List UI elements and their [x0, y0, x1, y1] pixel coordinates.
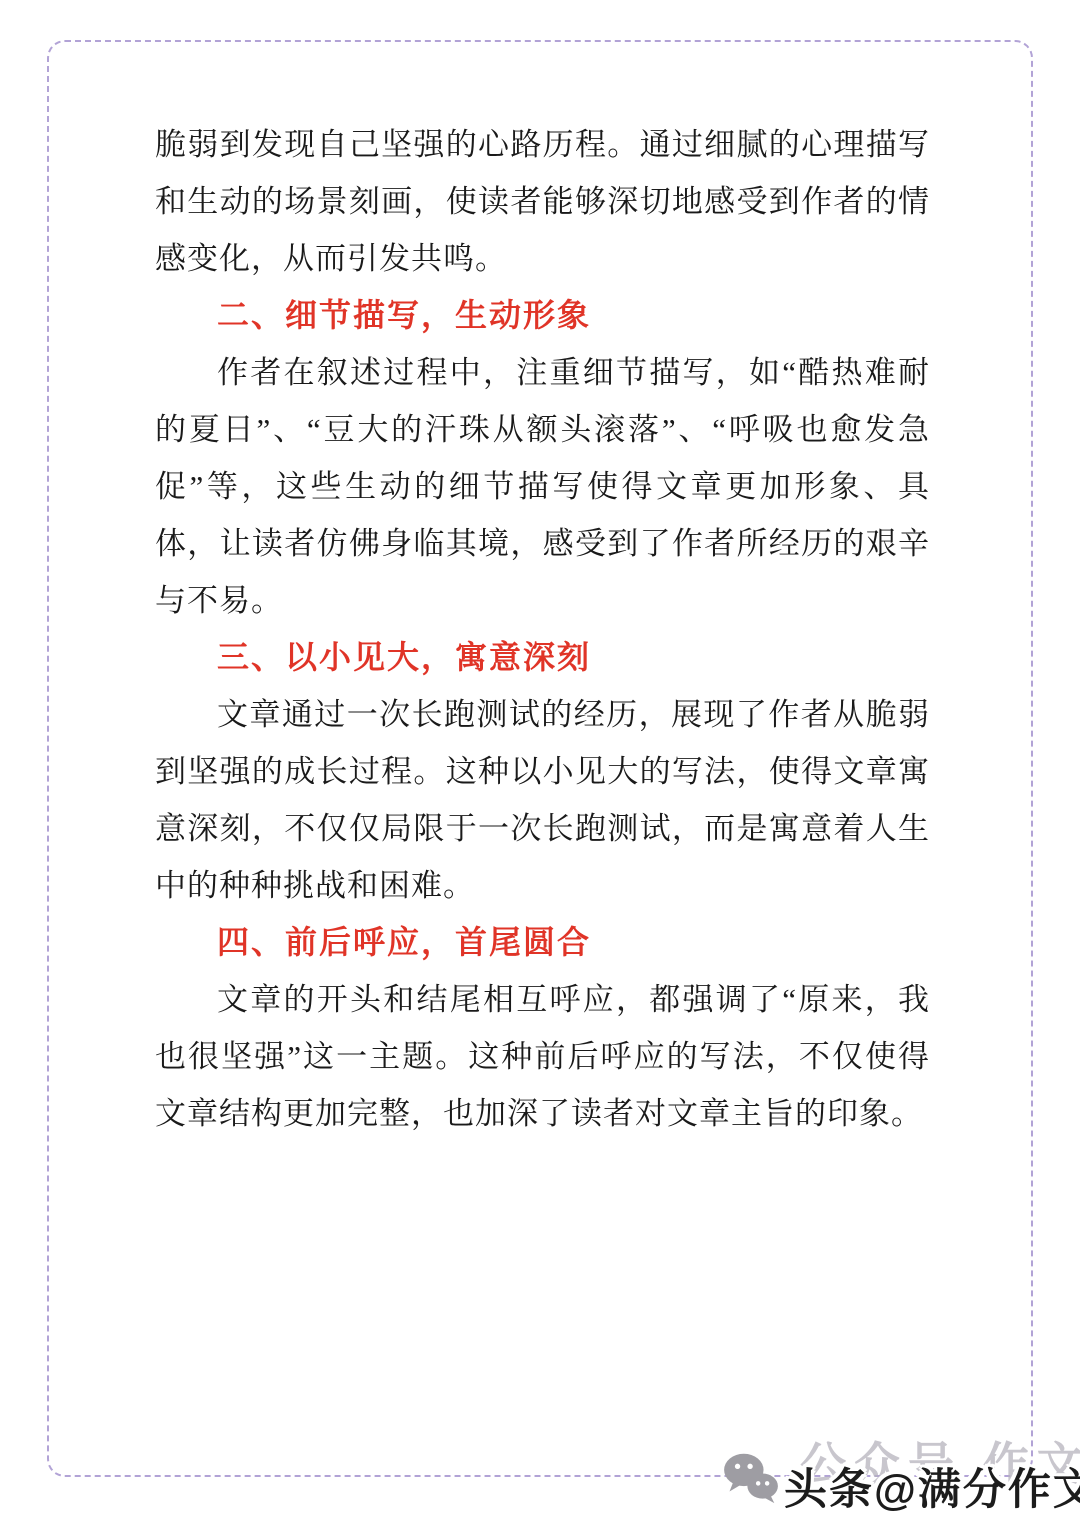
watermark-main-text: 头条@满分作文训练营 [784, 1456, 1080, 1517]
document-body: 脆弱到发现自己坚强的心路历程。通过细腻的心理描写和生动的场景刻画，使读者能够深切… [155, 116, 930, 1142]
section-heading-4: 四、前后呼应，首尾圆合 [155, 914, 930, 971]
section-heading-2: 二、细节描写，生动形象 [155, 287, 930, 344]
section-body-2: 作者在叙述过程中，注重细节描写，如“酷热难耐的夏日”、“豆大的汗珠从额头滚落”、… [155, 344, 930, 629]
wechat-icon [722, 1452, 780, 1504]
section-heading-3: 三、以小见大，寓意深刻 [155, 629, 930, 686]
section-body-3: 文章通过一次长跑测试的经历，展现了作者从脆弱到坚强的成长过程。这种以小见大的写法… [155, 686, 930, 914]
watermark: 公众号 作文易满分 头条@满分作文训练营 [0, 1420, 1080, 1527]
intro-paragraph-continuation: 脆弱到发现自己坚强的心路历程。通过细腻的心理描写和生动的场景刻画，使读者能够深切… [155, 116, 930, 287]
section-body-4: 文章的开头和结尾相互呼应，都强调了“原来，我也很坚强”这一主题。这种前后呼应的写… [155, 971, 930, 1142]
